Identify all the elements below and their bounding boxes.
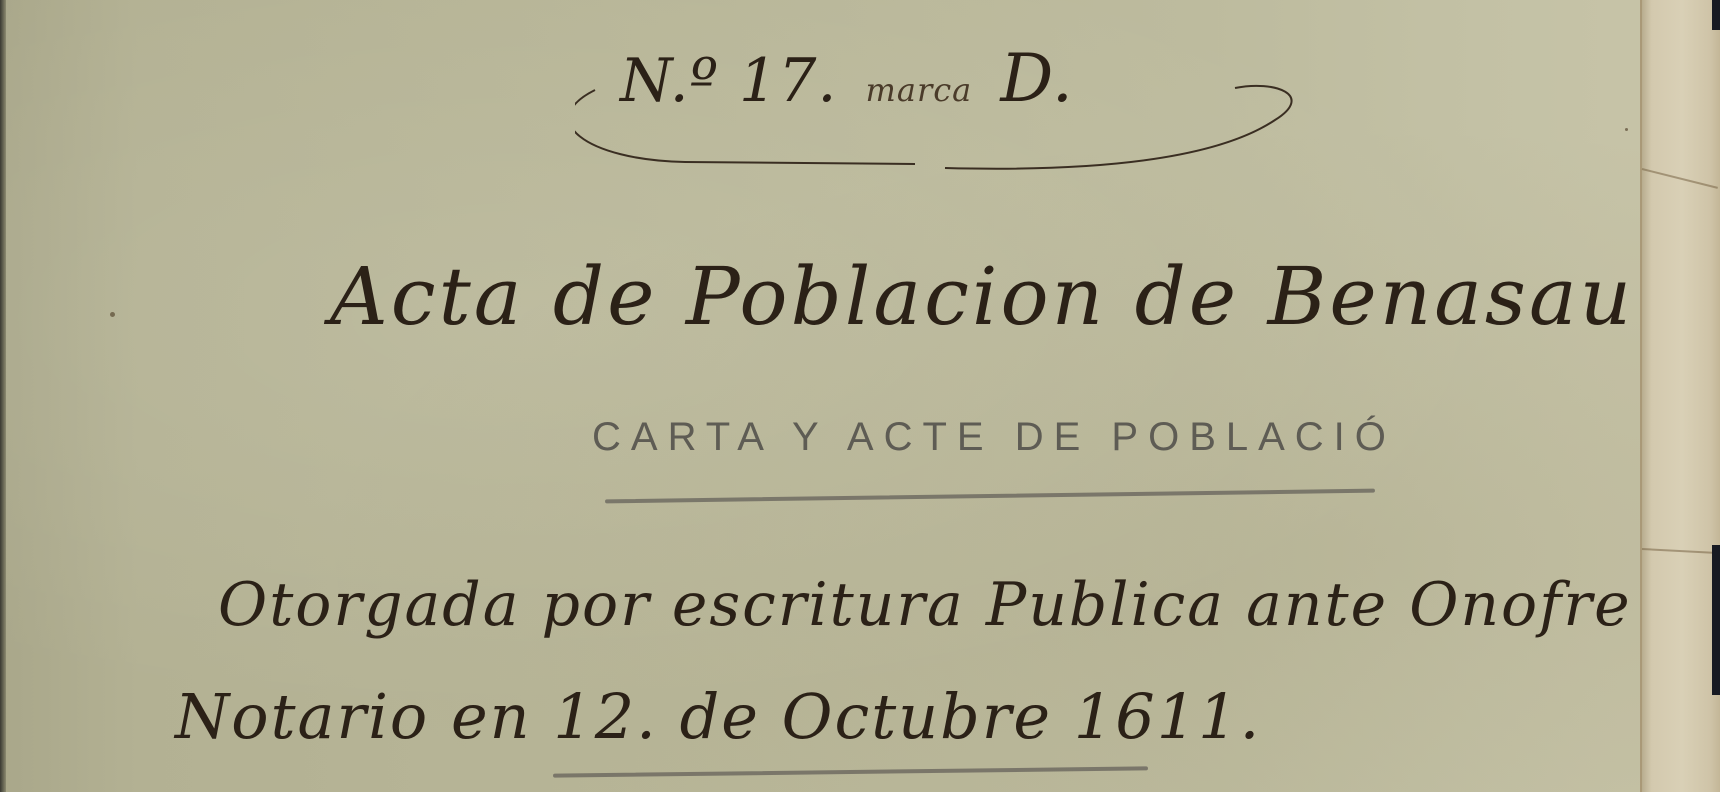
- pencil-annotation: CARTA Y ACTE DE POBLACIÓ: [592, 415, 1396, 460]
- binding-edge: [1712, 545, 1720, 695]
- body-line-2: Notario en 12. de Octubre 1611.: [175, 680, 1261, 753]
- date-pencil-underline: [553, 766, 1148, 777]
- manuscript-page: N.º 17. marca D. Acta de Poblacion de Be…: [0, 0, 1720, 792]
- header-flourish-icon: [575, 80, 1335, 190]
- pencil-underline: [605, 489, 1375, 504]
- binding-edge: [1712, 0, 1720, 30]
- document-title: Acta de Poblacion de Benasau: [330, 250, 1634, 343]
- page-left-edge: [0, 0, 6, 792]
- paper-fold-strip: [1640, 0, 1720, 792]
- body-line-1: Otorgada por escritura Publica ante Onof…: [218, 570, 1720, 640]
